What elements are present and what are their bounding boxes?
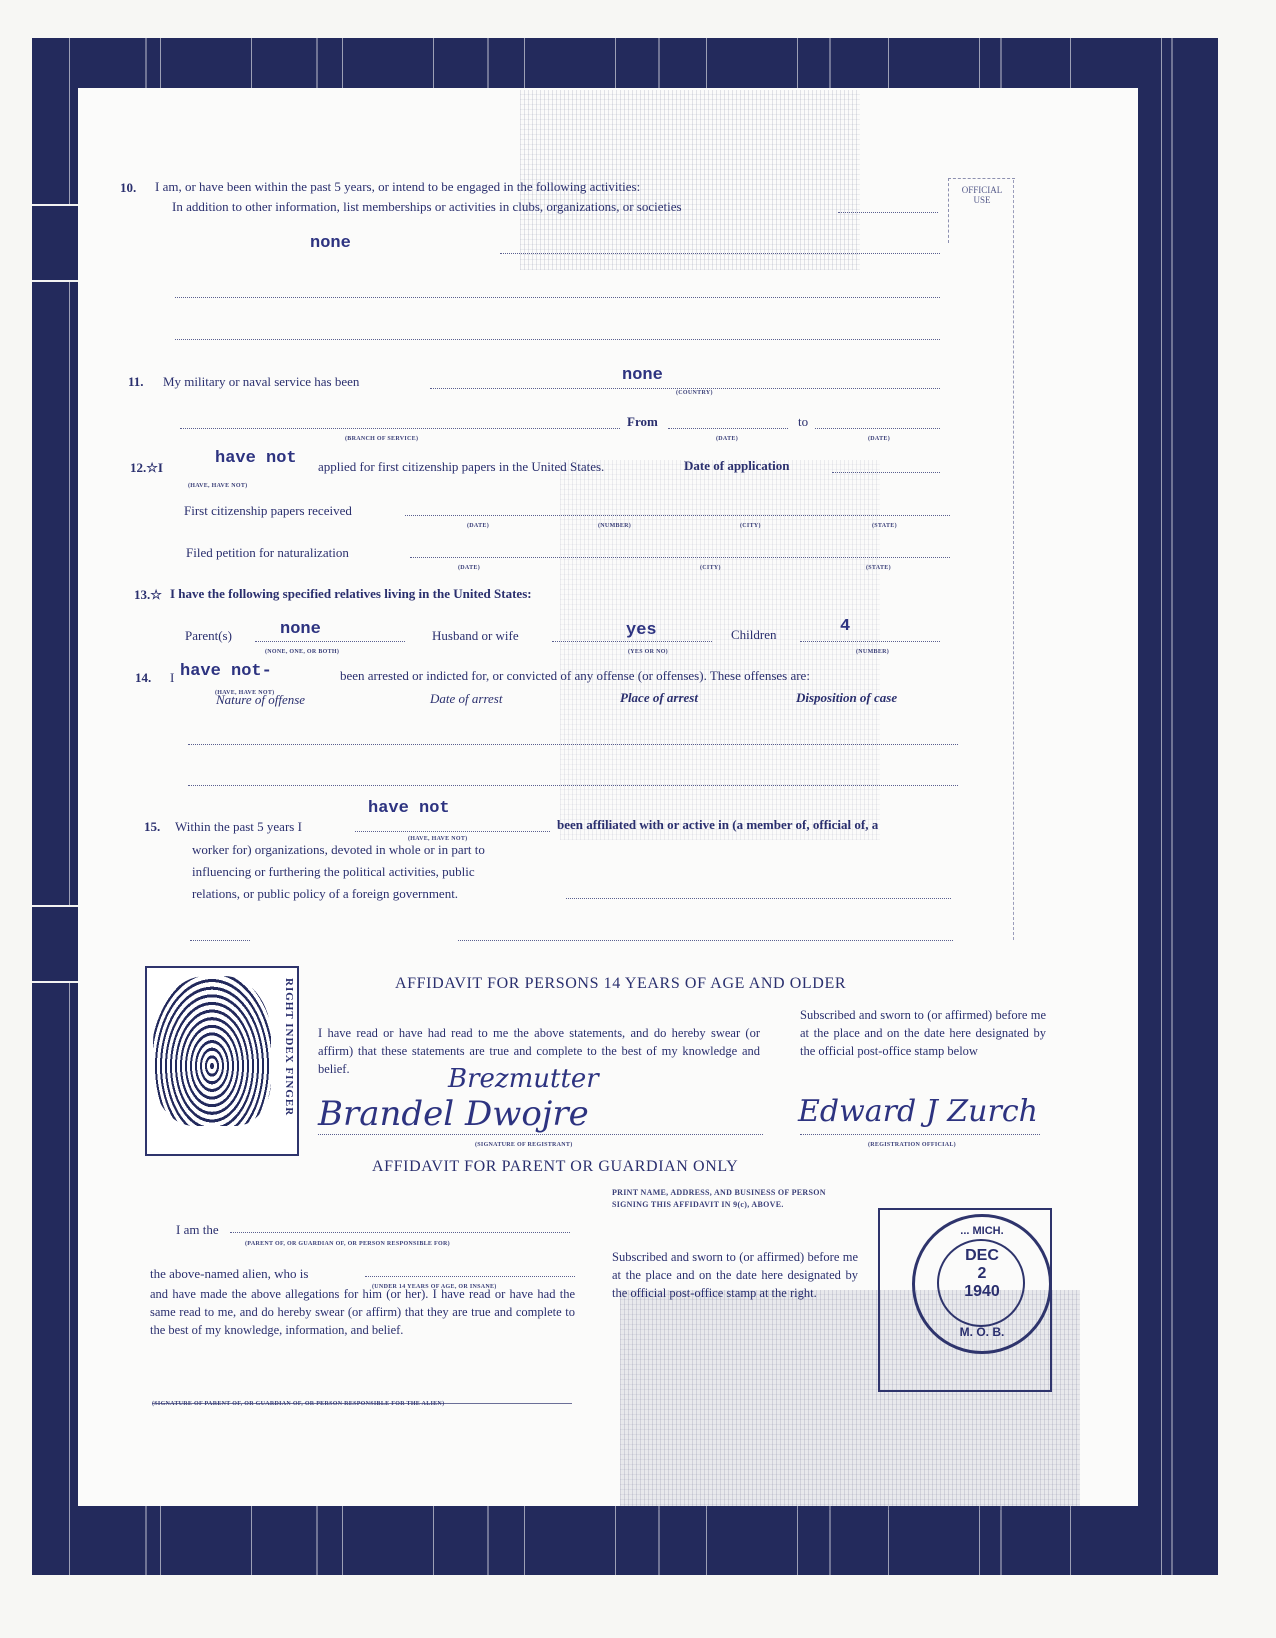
q12-text: applied for first citizenship papers in … (318, 459, 604, 475)
guardian-sworn-text: Subscribed and sworn to (or affirmed) be… (612, 1248, 858, 1302)
field-line (815, 428, 940, 429)
field-line (175, 297, 940, 298)
q10-text: I am, or have been within the past 5 yea… (155, 179, 640, 195)
field-line (668, 428, 788, 429)
caption: (SIGNATURE OF REGISTRANT) (475, 1137, 573, 1153)
field-line (365, 1276, 575, 1277)
spouse-value: yes (626, 623, 657, 639)
field-line (188, 785, 958, 786)
print-name-caption: PRINT NAME, ADDRESS, AND BUSINESS OF PER… (612, 1187, 862, 1211)
column-header: Nature of offense (216, 692, 305, 708)
q10-number: 10. (120, 180, 136, 196)
adult-sworn-text: Subscribed and sworn to (or affirmed) be… (800, 1006, 1046, 1060)
q15-number: 15. (144, 819, 160, 835)
q15-text-3: influencing or furthering the political … (192, 864, 475, 880)
petition-label: Filed petition for naturalization (186, 545, 349, 561)
applicant-signature: Brandel Dwojre (318, 1094, 589, 1134)
field-line (180, 428, 620, 429)
column-header: Place of arrest (620, 690, 698, 706)
field-line (800, 641, 940, 642)
caption: (REGISTRATION OFFICIAL) (868, 1137, 956, 1153)
field-line (255, 641, 405, 642)
children-value: 4 (840, 619, 850, 635)
fingerprint-box: RIGHT INDEX FINGER (145, 966, 299, 1156)
caption: (NONE, ONE, OR BOTH) (265, 644, 339, 660)
field-line (405, 515, 950, 516)
affidavit-adult-title: AFFIDAVIT FOR PERSONS 14 YEARS OF AGE AN… (395, 975, 846, 993)
q14-prefix: I (170, 670, 174, 686)
postmark-bottom: M. O. B. (915, 1325, 1049, 1339)
field-line (410, 557, 950, 558)
q15-prefix: Within the past 5 years I (175, 819, 302, 835)
children-label: Children (731, 627, 777, 643)
above-named-label: the above-named alien, who is (150, 1266, 308, 1282)
caption: (PARENT OF, OR GUARDIAN OF, OR PERSON RE… (245, 1236, 450, 1252)
caption: (DATE) (868, 431, 890, 447)
office-use-column-line (1013, 180, 1014, 940)
postmark-place: ... MICH. (915, 1225, 1049, 1237)
fingerprint-image (153, 976, 271, 1126)
caption: (HAVE, HAVE NOT) (188, 478, 247, 494)
caption: (DATE) (458, 560, 480, 576)
q12-answer: have not (215, 451, 297, 467)
field-line (500, 253, 940, 254)
caption: (DATE) (716, 431, 738, 447)
postmark-year: 1940 (915, 1283, 1049, 1301)
q10-answer: none (310, 236, 351, 252)
q11-text: My military or naval service has been (163, 374, 359, 390)
caption: (NUMBER) (598, 518, 631, 534)
q15-answer: have not (368, 801, 450, 817)
q13-number: 13.☆ (134, 587, 162, 603)
q13-text: I have the following specified relatives… (170, 586, 532, 602)
q11-number: 11. (128, 374, 144, 390)
q12-number: 12.☆I (130, 460, 163, 476)
to-label: to (798, 414, 808, 430)
q11-answer: none (622, 368, 663, 384)
q15-text: been affiliated with or active in (a mem… (557, 817, 878, 833)
official-signature: Edward J Zurch (798, 1094, 1038, 1129)
postmark-month: DEC (915, 1247, 1049, 1265)
q14-text: been arrested or indicted for, or convic… (340, 668, 810, 684)
caption: (SIGNATURE OF PARENT OF, OR GUARDIAN OF,… (152, 1396, 444, 1412)
caption: (BRANCH OF SERVICE) (345, 431, 418, 447)
first-papers-label: First citizenship papers received (184, 503, 352, 519)
office-use-box: OFFICIAL USE (948, 178, 1015, 243)
q14-answer: have not- (180, 664, 272, 680)
postmark-day: 2 (915, 1265, 1049, 1283)
caption: (YES OR NO) (628, 644, 668, 660)
field-line (458, 940, 953, 941)
q14-number: 14. (135, 670, 151, 686)
i-am-the-label: I am the (176, 1222, 219, 1238)
field-line (566, 898, 951, 899)
field-line (175, 339, 940, 340)
guardian-statement: and have made the above allegations for … (150, 1285, 575, 1339)
signature-overwrite: Brezmutter (448, 1064, 599, 1094)
field-line (832, 472, 940, 473)
office-use-label: OFFICIAL (949, 185, 1015, 195)
parents-value: none (280, 622, 321, 638)
signature-line (800, 1134, 1040, 1135)
caption: (NUMBER) (856, 644, 889, 660)
parents-label: Parent(s) (185, 628, 232, 644)
caption: (STATE) (872, 518, 897, 534)
field-line (838, 212, 938, 213)
field-line (190, 940, 250, 941)
postmark-stamp: ... MICH. DEC 2 1940 M. O. B. (912, 1214, 1052, 1354)
office-use-label: USE (949, 195, 1015, 205)
q15-text-4: relations, or public policy of a foreign… (192, 886, 458, 902)
caption: (CITY) (740, 518, 761, 534)
signature-line (318, 1134, 763, 1135)
q12-date-label: Date of application (684, 458, 789, 474)
field-line (552, 641, 712, 642)
q15-text-2: worker for) organizations, devoted in wh… (192, 842, 485, 858)
field-line (188, 744, 958, 745)
q10-text-2: In addition to other information, list m… (172, 199, 682, 215)
column-header: Disposition of case (796, 690, 897, 706)
caption: (CITY) (700, 560, 721, 576)
column-header: Date of arrest (430, 691, 502, 707)
spouse-label: Husband or wife (432, 628, 519, 644)
caption: (DATE) (467, 518, 489, 534)
from-label: From (627, 414, 658, 430)
caption: (COUNTRY) (676, 385, 713, 401)
affidavit-guardian-title: AFFIDAVIT FOR PARENT OR GUARDIAN ONLY (372, 1158, 738, 1176)
field-line (230, 1232, 570, 1233)
fingerprint-label: RIGHT INDEX FINGER (283, 978, 295, 1116)
caption: (STATE) (866, 560, 891, 576)
